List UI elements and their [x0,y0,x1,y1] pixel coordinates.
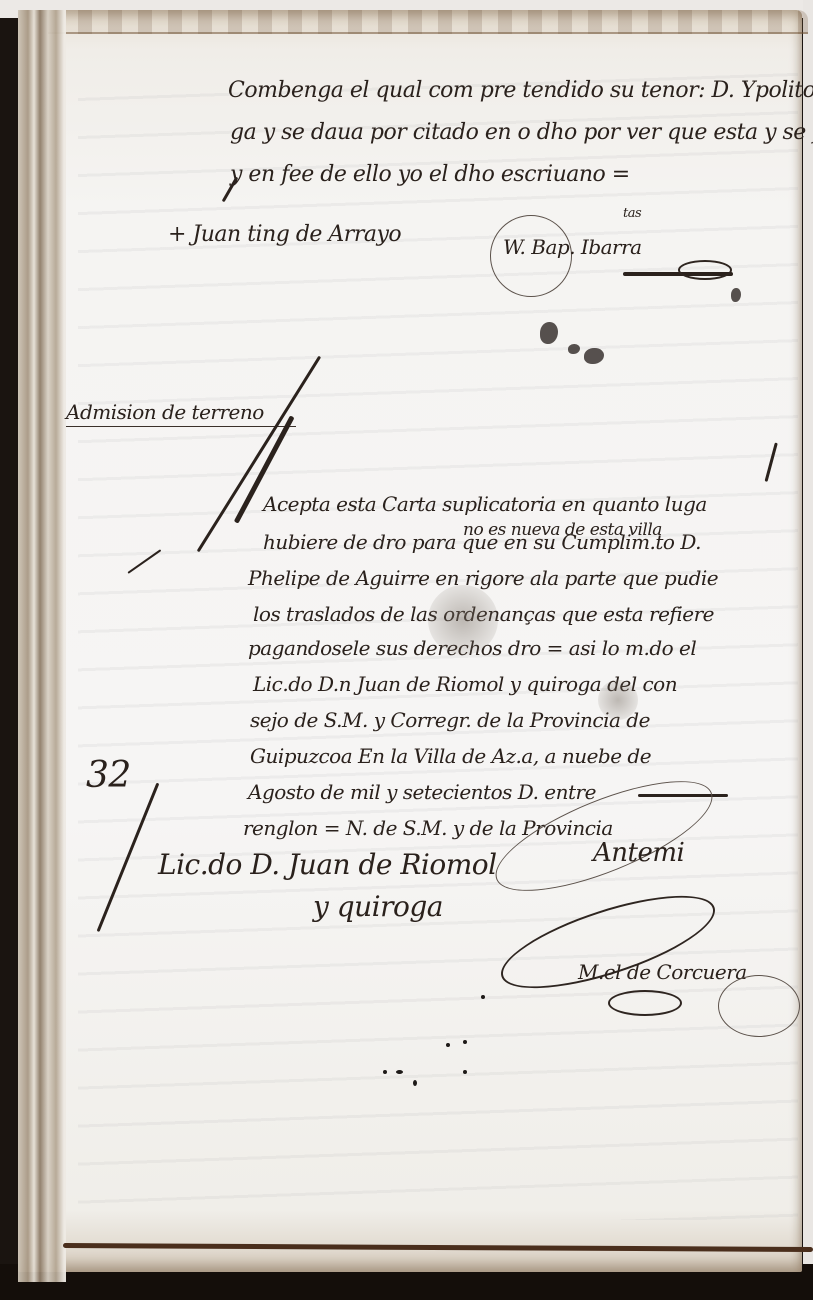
main-line-8: Guipuzcoa En la Villa de Az.a, a nuebe d… [250,744,651,768]
header-line-2: ga y se daua por citado en o dho por ver… [230,120,813,145]
ink-speck [413,1080,417,1086]
ink-speck [446,1043,450,1047]
main-line-1: Acepta esta Carta suplicatoria en quanto… [263,492,707,516]
ink-speck [463,1070,467,1074]
initial-letter-stroke [197,356,321,553]
margin-heading: Admision de terreno [66,400,296,427]
main-line-7: sejo de S.M. y Corregr. de la Provincia … [250,708,650,732]
signature-loop [608,990,682,1016]
ink-speck [396,1070,403,1074]
water-stain [428,585,498,655]
margin-stroke [127,549,161,574]
signature-bap-ibarra: W. Bap. Ibarra [503,235,642,259]
ink-speck [383,1070,387,1074]
manuscript-page: Combenga el qual com pre tendido su teno… [18,10,802,1272]
folio-descender-stroke [97,783,160,932]
ink-blot [584,348,604,364]
signature-judge-line-2: y quiroga [313,890,443,923]
ink-speck [463,1040,467,1044]
torn-bottom-edge [63,1243,813,1252]
signature-loop-right [718,975,800,1037]
water-stain [598,680,638,720]
header-line-1: Combenga el qual com pre tendido su teno… [228,78,813,103]
worn-top-edge [48,10,808,34]
signature-flourish [492,877,725,1007]
main-line-9: Agosto de mil y setecientos D. entre [248,780,596,804]
signature-corcuera: M.el de Corcuera [578,960,747,984]
ink-blot [540,322,558,344]
signature-judge-line-1: Lic.do D. Juan de Riomol [158,848,497,881]
scan-background-right [803,0,813,1300]
signature-antemi: Antemi [593,838,684,868]
folio-number: 32 [86,755,131,796]
header-line-3: y en fee de ello yo el dho escriuano = [230,162,630,187]
signature-note: tas [623,206,641,221]
main-line-2: hubiere de dro para que en su Cumplim.to… [263,530,701,554]
main-line-3: Phelipe de Aguirre en rigore ala parte q… [248,566,718,590]
ink-speck [481,995,485,999]
signature-loop [678,260,732,280]
ink-mark [731,288,741,302]
margin-stroke [765,442,778,481]
book-binding-gutter [18,10,66,1282]
ink-blot [568,344,580,354]
signature-juan-ting: + Juan ting de Arrayo [168,222,401,247]
